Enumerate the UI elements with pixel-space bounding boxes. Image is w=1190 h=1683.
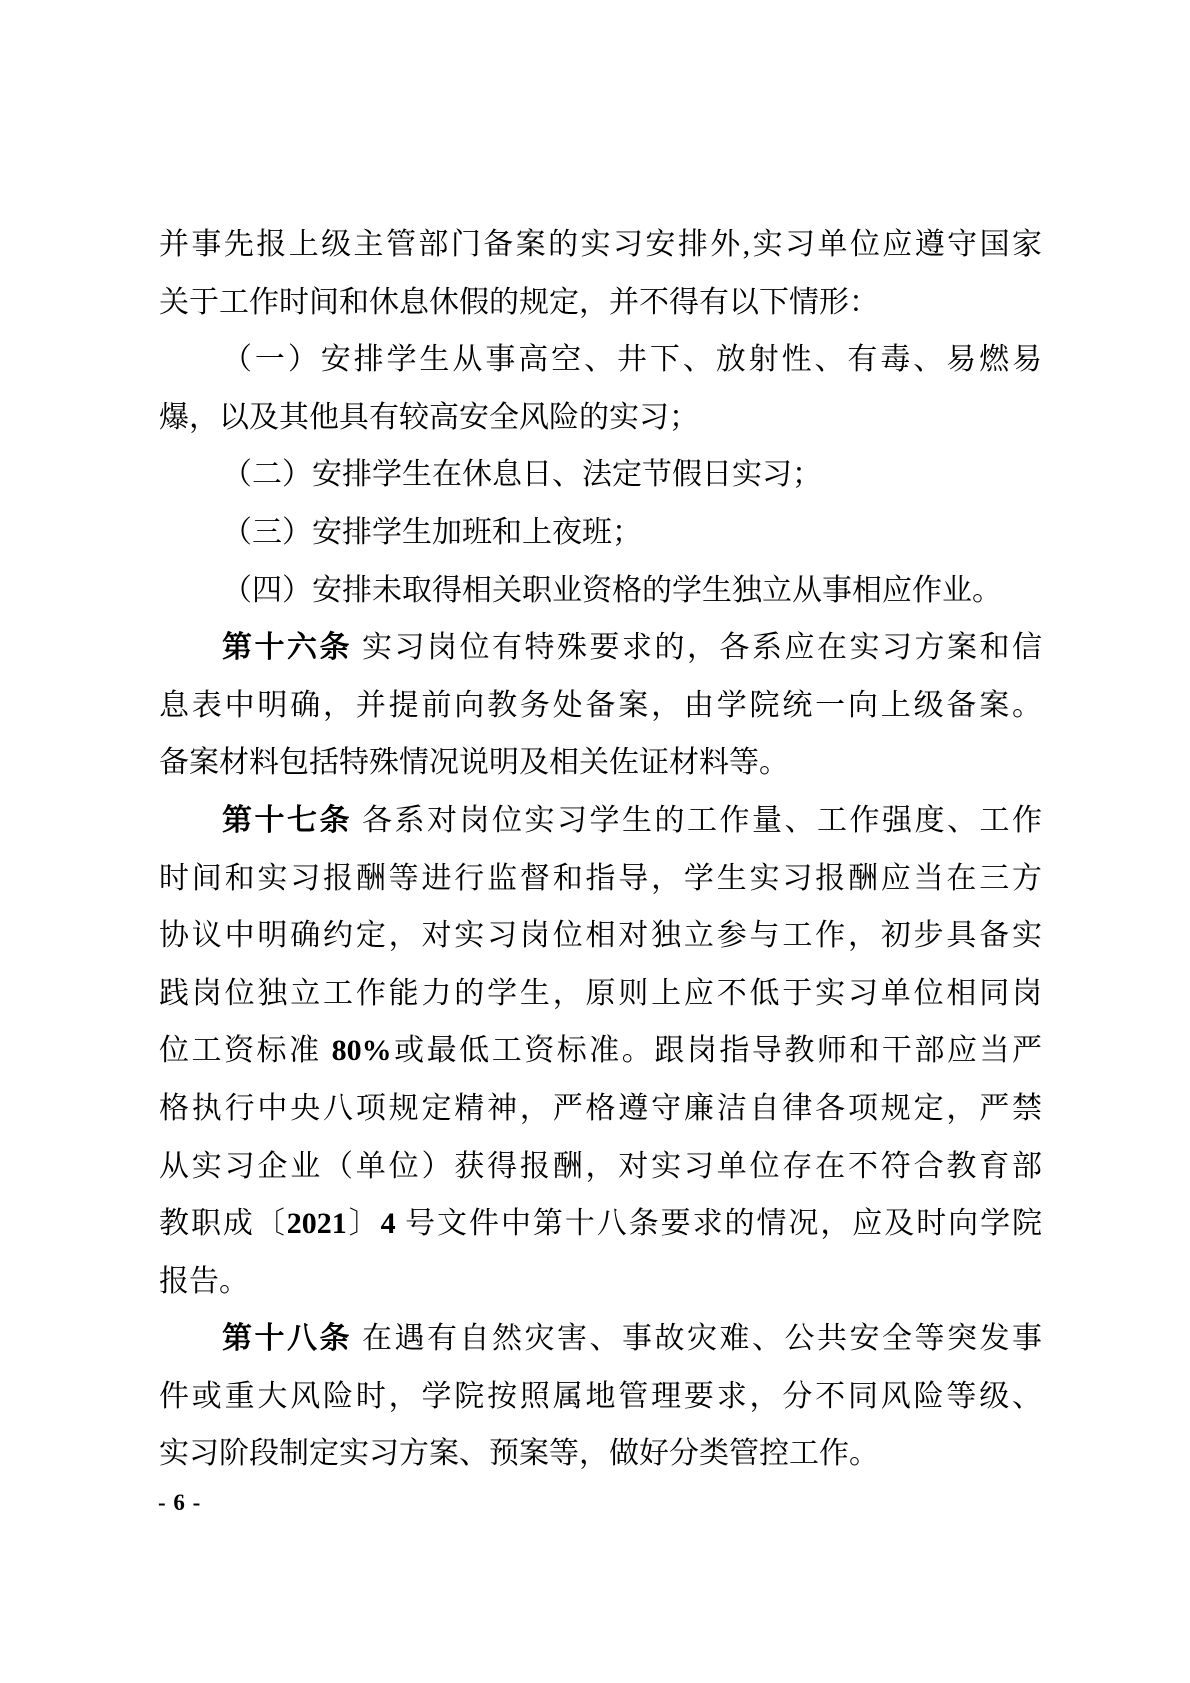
text-run: 位工资标准 bbox=[159, 1034, 332, 1067]
bold-text-run: 第十七条 bbox=[222, 804, 352, 837]
text-line: （四）安排未取得相关职业资格的学生独立从事相应作业。 bbox=[159, 562, 1042, 620]
text-run: 并事先报上级主管部门备案的实习安排外,实习单位应遵守国家 bbox=[159, 228, 1042, 261]
text-line: （三）安排学生加班和上夜班； bbox=[159, 504, 1042, 562]
text-run: 息表中明确，并提前向教务处备案，由学院统一向上级备案。 bbox=[159, 689, 1042, 722]
text-run: （三）安排学生加班和上夜班； bbox=[222, 516, 642, 549]
text-run: 报告。 bbox=[159, 1265, 249, 1298]
text-run: 或最低工资标准。跟岗指导教师和干部应当严 bbox=[392, 1034, 1042, 1067]
text-run: （四）安排未取得相关职业资格的学生独立从事相应作业。 bbox=[222, 574, 1002, 607]
paragraph: （三）安排学生加班和上夜班； bbox=[159, 504, 1042, 562]
text-run: 实习岗位有特殊要求的，各系应在实习方案和信 bbox=[352, 631, 1042, 664]
text-line: 协议中明确约定，对实习岗位相对独立参与工作，初步具备实 bbox=[159, 907, 1042, 965]
text-run: 从实习企业（单位）获得报酬，对实习单位存在不符合教育部 bbox=[159, 1150, 1042, 1183]
text-run: 协议中明确约定，对实习岗位相对独立参与工作，初步具备实 bbox=[159, 919, 1042, 952]
bold-text-run: 第十八条 bbox=[222, 1322, 352, 1355]
text-run: 践岗位独立工作能力的学生，原则上应不低于实习单位相同岗 bbox=[159, 977, 1042, 1010]
text-line: 备案材料包括特殊情况说明及相关佐证材料等。 bbox=[159, 734, 1042, 792]
bold-text-run: 4 bbox=[381, 1207, 396, 1240]
paragraph: （二）安排学生在休息日、法定节假日实习； bbox=[159, 446, 1042, 504]
text-run: 爆，以及其他具有较高安全风险的实习； bbox=[159, 401, 699, 434]
text-line: 位工资标准 80%或最低工资标准。跟岗指导教师和干部应当严 bbox=[159, 1022, 1042, 1080]
page-number: - 6 - bbox=[158, 1488, 201, 1518]
text-line: 实习阶段制定实习方案、预案等，做好分类管控工作。 bbox=[159, 1425, 1042, 1483]
text-line: 从实习企业（单位）获得报酬，对实习单位存在不符合教育部 bbox=[159, 1138, 1042, 1196]
paragraph: 第十八条 在遇有自然灾害、事故灾难、公共安全等突发事件或重大风险时，学院按照属地… bbox=[159, 1310, 1042, 1483]
text-line: 关于工作时间和休息休假的规定，并不得有以下情形： bbox=[159, 274, 1042, 332]
text-line: 第十八条 在遇有自然灾害、事故灾难、公共安全等突发事 bbox=[159, 1310, 1042, 1368]
text-line: 件或重大风险时，学院按照属地管理要求，分不同风险等级、 bbox=[159, 1368, 1042, 1426]
text-line: （二）安排学生在休息日、法定节假日实习； bbox=[159, 446, 1042, 504]
paragraph: 并事先报上级主管部门备案的实习安排外,实习单位应遵守国家关于工作时间和休息休假的… bbox=[159, 216, 1042, 331]
text-line: 第十七条 各系对岗位实习学生的工作量、工作强度、工作 bbox=[159, 792, 1042, 850]
text-line: 第十六条 实习岗位有特殊要求的，各系应在实习方案和信 bbox=[159, 619, 1042, 677]
document-page: 并事先报上级主管部门备案的实习安排外,实习单位应遵守国家关于工作时间和休息休假的… bbox=[0, 0, 1190, 1683]
text-line: 息表中明确，并提前向教务处备案，由学院统一向上级备案。 bbox=[159, 677, 1042, 735]
text-run: 号文件中第十八条要求的情况，应及时向学院 bbox=[396, 1207, 1042, 1240]
bold-text-run: 2021 bbox=[287, 1207, 347, 1240]
text-run: 〕 bbox=[347, 1207, 381, 1240]
text-run: （二）安排学生在休息日、法定节假日实习； bbox=[222, 458, 822, 491]
text-run: 教职成〔 bbox=[159, 1207, 287, 1240]
text-line: （一）安排学生从事高空、井下、放射性、有毒、易燃易 bbox=[159, 331, 1042, 389]
text-run: 时间和实习报酬等进行监督和指导，学生实习报酬应当在三方 bbox=[159, 862, 1042, 895]
text-run: 各系对岗位实习学生的工作量、工作强度、工作 bbox=[352, 804, 1042, 837]
text-line: 爆，以及其他具有较高安全风险的实习； bbox=[159, 389, 1042, 447]
text-run: 件或重大风险时，学院按照属地管理要求，分不同风险等级、 bbox=[159, 1380, 1042, 1413]
paragraph: （四）安排未取得相关职业资格的学生独立从事相应作业。 bbox=[159, 562, 1042, 620]
text-line: 格执行中央八项规定精神，严格遵守廉洁自律各项规定，严禁 bbox=[159, 1080, 1042, 1138]
paragraph: 第十六条 实习岗位有特殊要求的，各系应在实习方案和信息表中明确，并提前向教务处备… bbox=[159, 619, 1042, 792]
text-line: 教职成〔2021〕4 号文件中第十八条要求的情况，应及时向学院 bbox=[159, 1195, 1042, 1253]
text-line: 并事先报上级主管部门备案的实习安排外,实习单位应遵守国家 bbox=[159, 216, 1042, 274]
text-line: 报告。 bbox=[159, 1253, 1042, 1311]
document-body: 并事先报上级主管部门备案的实习安排外,实习单位应遵守国家关于工作时间和休息休假的… bbox=[159, 216, 1042, 1483]
bold-text-run: 80% bbox=[332, 1034, 392, 1067]
text-run: 格执行中央八项规定精神，严格遵守廉洁自律各项规定，严禁 bbox=[159, 1092, 1042, 1125]
text-run: 关于工作时间和休息休假的规定，并不得有以下情形： bbox=[159, 286, 879, 319]
text-run: 实习阶段制定实习方案、预案等，做好分类管控工作。 bbox=[159, 1437, 879, 1470]
text-line: 践岗位独立工作能力的学生，原则上应不低于实习单位相同岗 bbox=[159, 965, 1042, 1023]
text-run: 备案材料包括特殊情况说明及相关佐证材料等。 bbox=[159, 746, 789, 779]
text-run: 在遇有自然灾害、事故灾难、公共安全等突发事 bbox=[352, 1322, 1042, 1355]
paragraph: （一）安排学生从事高空、井下、放射性、有毒、易燃易爆，以及其他具有较高安全风险的… bbox=[159, 331, 1042, 446]
text-line: 时间和实习报酬等进行监督和指导，学生实习报酬应当在三方 bbox=[159, 850, 1042, 908]
paragraph: 第十七条 各系对岗位实习学生的工作量、工作强度、工作时间和实习报酬等进行监督和指… bbox=[159, 792, 1042, 1310]
text-run: （一）安排学生从事高空、井下、放射性、有毒、易燃易 bbox=[222, 343, 1042, 376]
bold-text-run: 第十六条 bbox=[222, 631, 352, 664]
